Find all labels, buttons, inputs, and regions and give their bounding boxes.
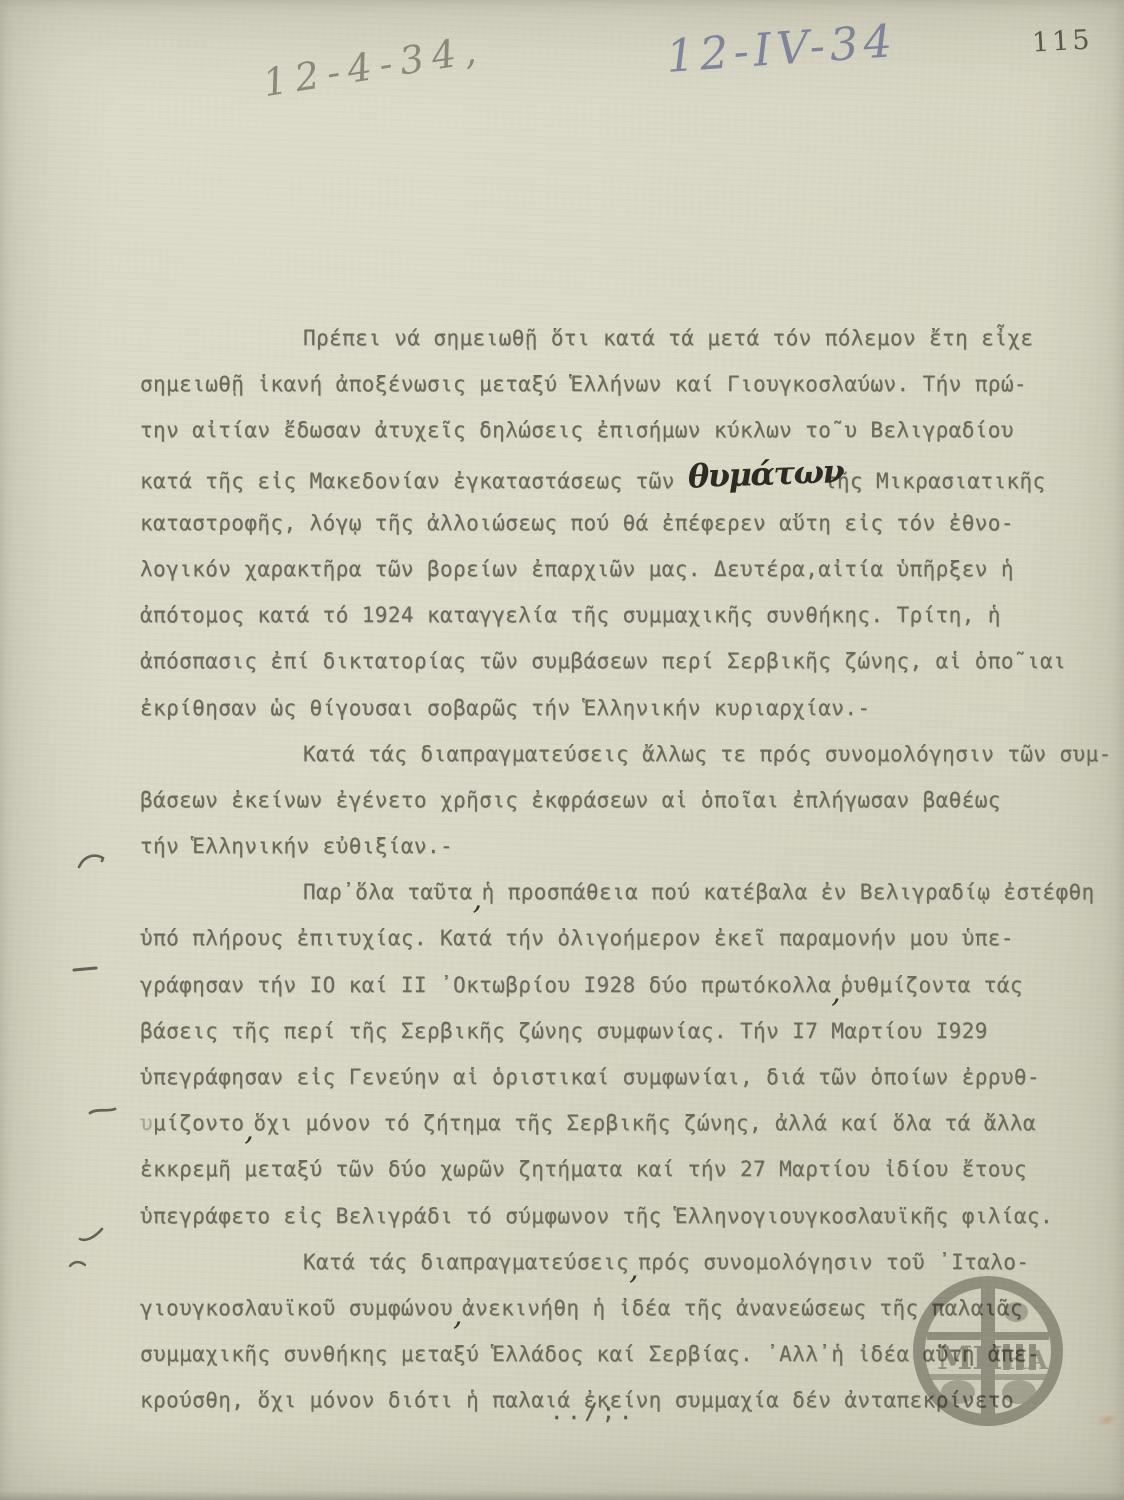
pencil-margin-mark (88, 1104, 118, 1118)
typed-text: κατά τῆς εἰς Μακεδονίαν ἐγκαταστάσεως τῶ… (140, 469, 688, 493)
typed-line: την αἰτίαν ἔδωσαν ἀτυχεῖς δηλώσεις ἐπισή… (140, 407, 1105, 453)
typed-line: καταστροφῆς, λόγῳ τῆς ἀλλοιώσεως πού θά … (140, 500, 1105, 546)
typed-text: καταστροφῆς, λόγῳ τῆς ἀλλοιώσεως πού θά … (140, 511, 1014, 535)
typed-text: ἀπότομος κατά τό 1924 καταγγελία τῆς συμ… (140, 603, 1001, 627)
typed-text: ὑπεγράφετο εἰς Βελιγράδι τό σύμφωνον τῆς… (140, 1204, 1053, 1228)
typed-line: ὑπό πλήρους ἐπιτυχίας. Κατά τήν ὀλιγοήμε… (140, 915, 1105, 961)
typed-text: Παρ᾽ὅλα ταῦτα (303, 880, 473, 904)
typed-line: ἀπότομος κατά τό 1924 καταγγελία τῆς συμ… (140, 592, 1105, 638)
typed-line: βάσεων ἐκείνων ἐγένετο χρῆσις ἐκφράσεων … (140, 777, 1105, 823)
typed-text: Πρέπει νά σημειωθῇ ὅτι κατά τά μετά τόν … (303, 326, 1033, 350)
typed-text: ἡ προσπάθεια πού κατέβαλα ἐν Βελιγραδίῳ … (482, 880, 1095, 904)
typed-line: γράφησαν τήν ΙΟ καί ΙΙ ᾽Οκτωβρίου Ι928 δ… (140, 962, 1105, 1008)
typed-line: βάσεις τῆς περί τῆς Σερβικῆς ζώνης συμφω… (140, 1008, 1105, 1054)
scan-edge-shadow (0, 1491, 1124, 1500)
typed-text: ὅχι μόνον τό ζήτημα τῆς Σερβικῆς ζώνης, … (253, 1111, 1036, 1135)
typed-text: ὑπό πλήρους ἐπιτυχίας. Κατά τήν ὀλιγοήμε… (140, 926, 1014, 950)
typed-body: Πρέπει νά σημειωθῇ ὅτι κατά τά μετά τόν … (140, 315, 1105, 1424)
typed-text: την αἰτίαν ἔδωσαν ἀτυχεῖς δηλώσεις ἐπισή… (140, 418, 1014, 442)
typed-line: κατά τῆς εἰς Μακεδονίαν ἐγκαταστάσεως τῶ… (140, 454, 1105, 500)
watermark-letters-right: ΗΑ (1003, 1346, 1049, 1376)
typed-line: Κατά τάς διαπραγματεύσεις ἄλλως τε πρός … (140, 731, 1105, 777)
pencil-margin-mark (72, 962, 100, 976)
archive-stamp-watermark: ΜΠ ΗΑ (903, 1266, 1073, 1436)
typed-text: σημειωθῇ ἱκανή ἀποξένωσις μεταξύ Ἑλλήνων… (140, 372, 1027, 396)
continuation-mark: ../;. (550, 1400, 636, 1425)
typed-line: σημειωθῇ ἱκανή ἀποξένωσις μεταξύ Ἑλλήνων… (140, 361, 1105, 407)
typed-line: ἀπόσπασις ἐπί δικτατορίας τῶν συμβάσεων … (140, 638, 1105, 684)
watermark-letters-left: ΜΠ (937, 1339, 1003, 1377)
pencil-margin-mark (78, 1226, 106, 1244)
typed-line: λογικόν χαρακτῆρα τῶν βορείων ἐπαρχιῶν μ… (140, 546, 1105, 592)
typed-line: υμίζοντο,ὅχι μόνον τό ζήτημα τῆς Σερβικῆ… (140, 1100, 1105, 1146)
typed-text: βάσεων ἐκείνων ἐγένετο χρῆσις ἐκφράσεων … (140, 788, 1001, 812)
pencil-margin-mark (68, 1258, 88, 1270)
typed-text: γράφησαν τήν ΙΟ καί ΙΙ ᾽Οκτωβρίου Ι928 δ… (140, 973, 831, 997)
typed-text: λογικόν χαρακτῆρα τῶν βορείων ἐπαρχιῶν μ… (140, 557, 1014, 581)
typed-text: τήν Ἑλληνικήν εὐθιξίαν.- (140, 834, 453, 858)
typed-text: ὑπεγράφησαν εἰς Γενεύην αἱ ὁριστικαί συμ… (140, 1065, 1040, 1089)
pencil-margin-mark (76, 850, 108, 874)
typed-text: ῥυθμίζοντα τάς (840, 973, 1023, 997)
typed-text: ἐκκρεμῆ μεταξύ τῶν δύο χωρῶν ζητήματα κα… (140, 1157, 1027, 1181)
typed-line: Πρέπει νά σημειωθῇ ὅτι κατά τά μετά τόν … (140, 315, 1105, 361)
typed-line: ὑπεγράφετο εἰς Βελιγράδι τό σύμφωνον τῆς… (140, 1193, 1105, 1239)
typed-text: βάσεις τῆς περί τῆς Σερβικῆς ζώνης συμφω… (140, 1019, 988, 1043)
typed-text: μίζοντο (153, 1111, 244, 1135)
typed-line: ὑπεγράφησαν εἰς Γενεύην αἱ ὁριστικαί συμ… (140, 1054, 1105, 1100)
typed-text: ἐκρίθησαν ὡς θίγουσαι σοβαρῶς τήν Ἑλληνι… (140, 696, 870, 720)
typed-line: ἐκκρεμῆ μεταξύ τῶν δύο χωρῶν ζητήματα κα… (140, 1146, 1105, 1192)
typed-line: Παρ᾽ὅλα ταῦτα,ἡ προσπάθεια πού κατέβαλα … (140, 869, 1105, 915)
handwritten-insert-word: θυμάτων (687, 448, 837, 499)
page-number: 115 (1031, 24, 1093, 58)
typed-text: Κατά τάς διαπραγματεύσεις ἄλλως τε πρός … (303, 742, 1112, 766)
typed-line: ἐκρίθησαν ὡς θίγουσαι σοβαρῶς τήν Ἑλληνι… (140, 685, 1105, 731)
typed-text: Κατά τάς διαπραγματεύσεις (303, 1250, 629, 1274)
typed-line: τήν Ἑλληνικήν εὐθιξίαν.- (140, 823, 1105, 869)
typed-text: ἀπόσπασις ἐπί δικτατορίας τῶν συμβάσεων … (140, 649, 1066, 673)
typed-text: γιουγκοσλαυϊκοῦ συμφώνου (140, 1296, 453, 1320)
typed-text: τῆς Μικρασιατικῆς (824, 469, 1046, 493)
faint-typed-char: υ (140, 1111, 153, 1135)
